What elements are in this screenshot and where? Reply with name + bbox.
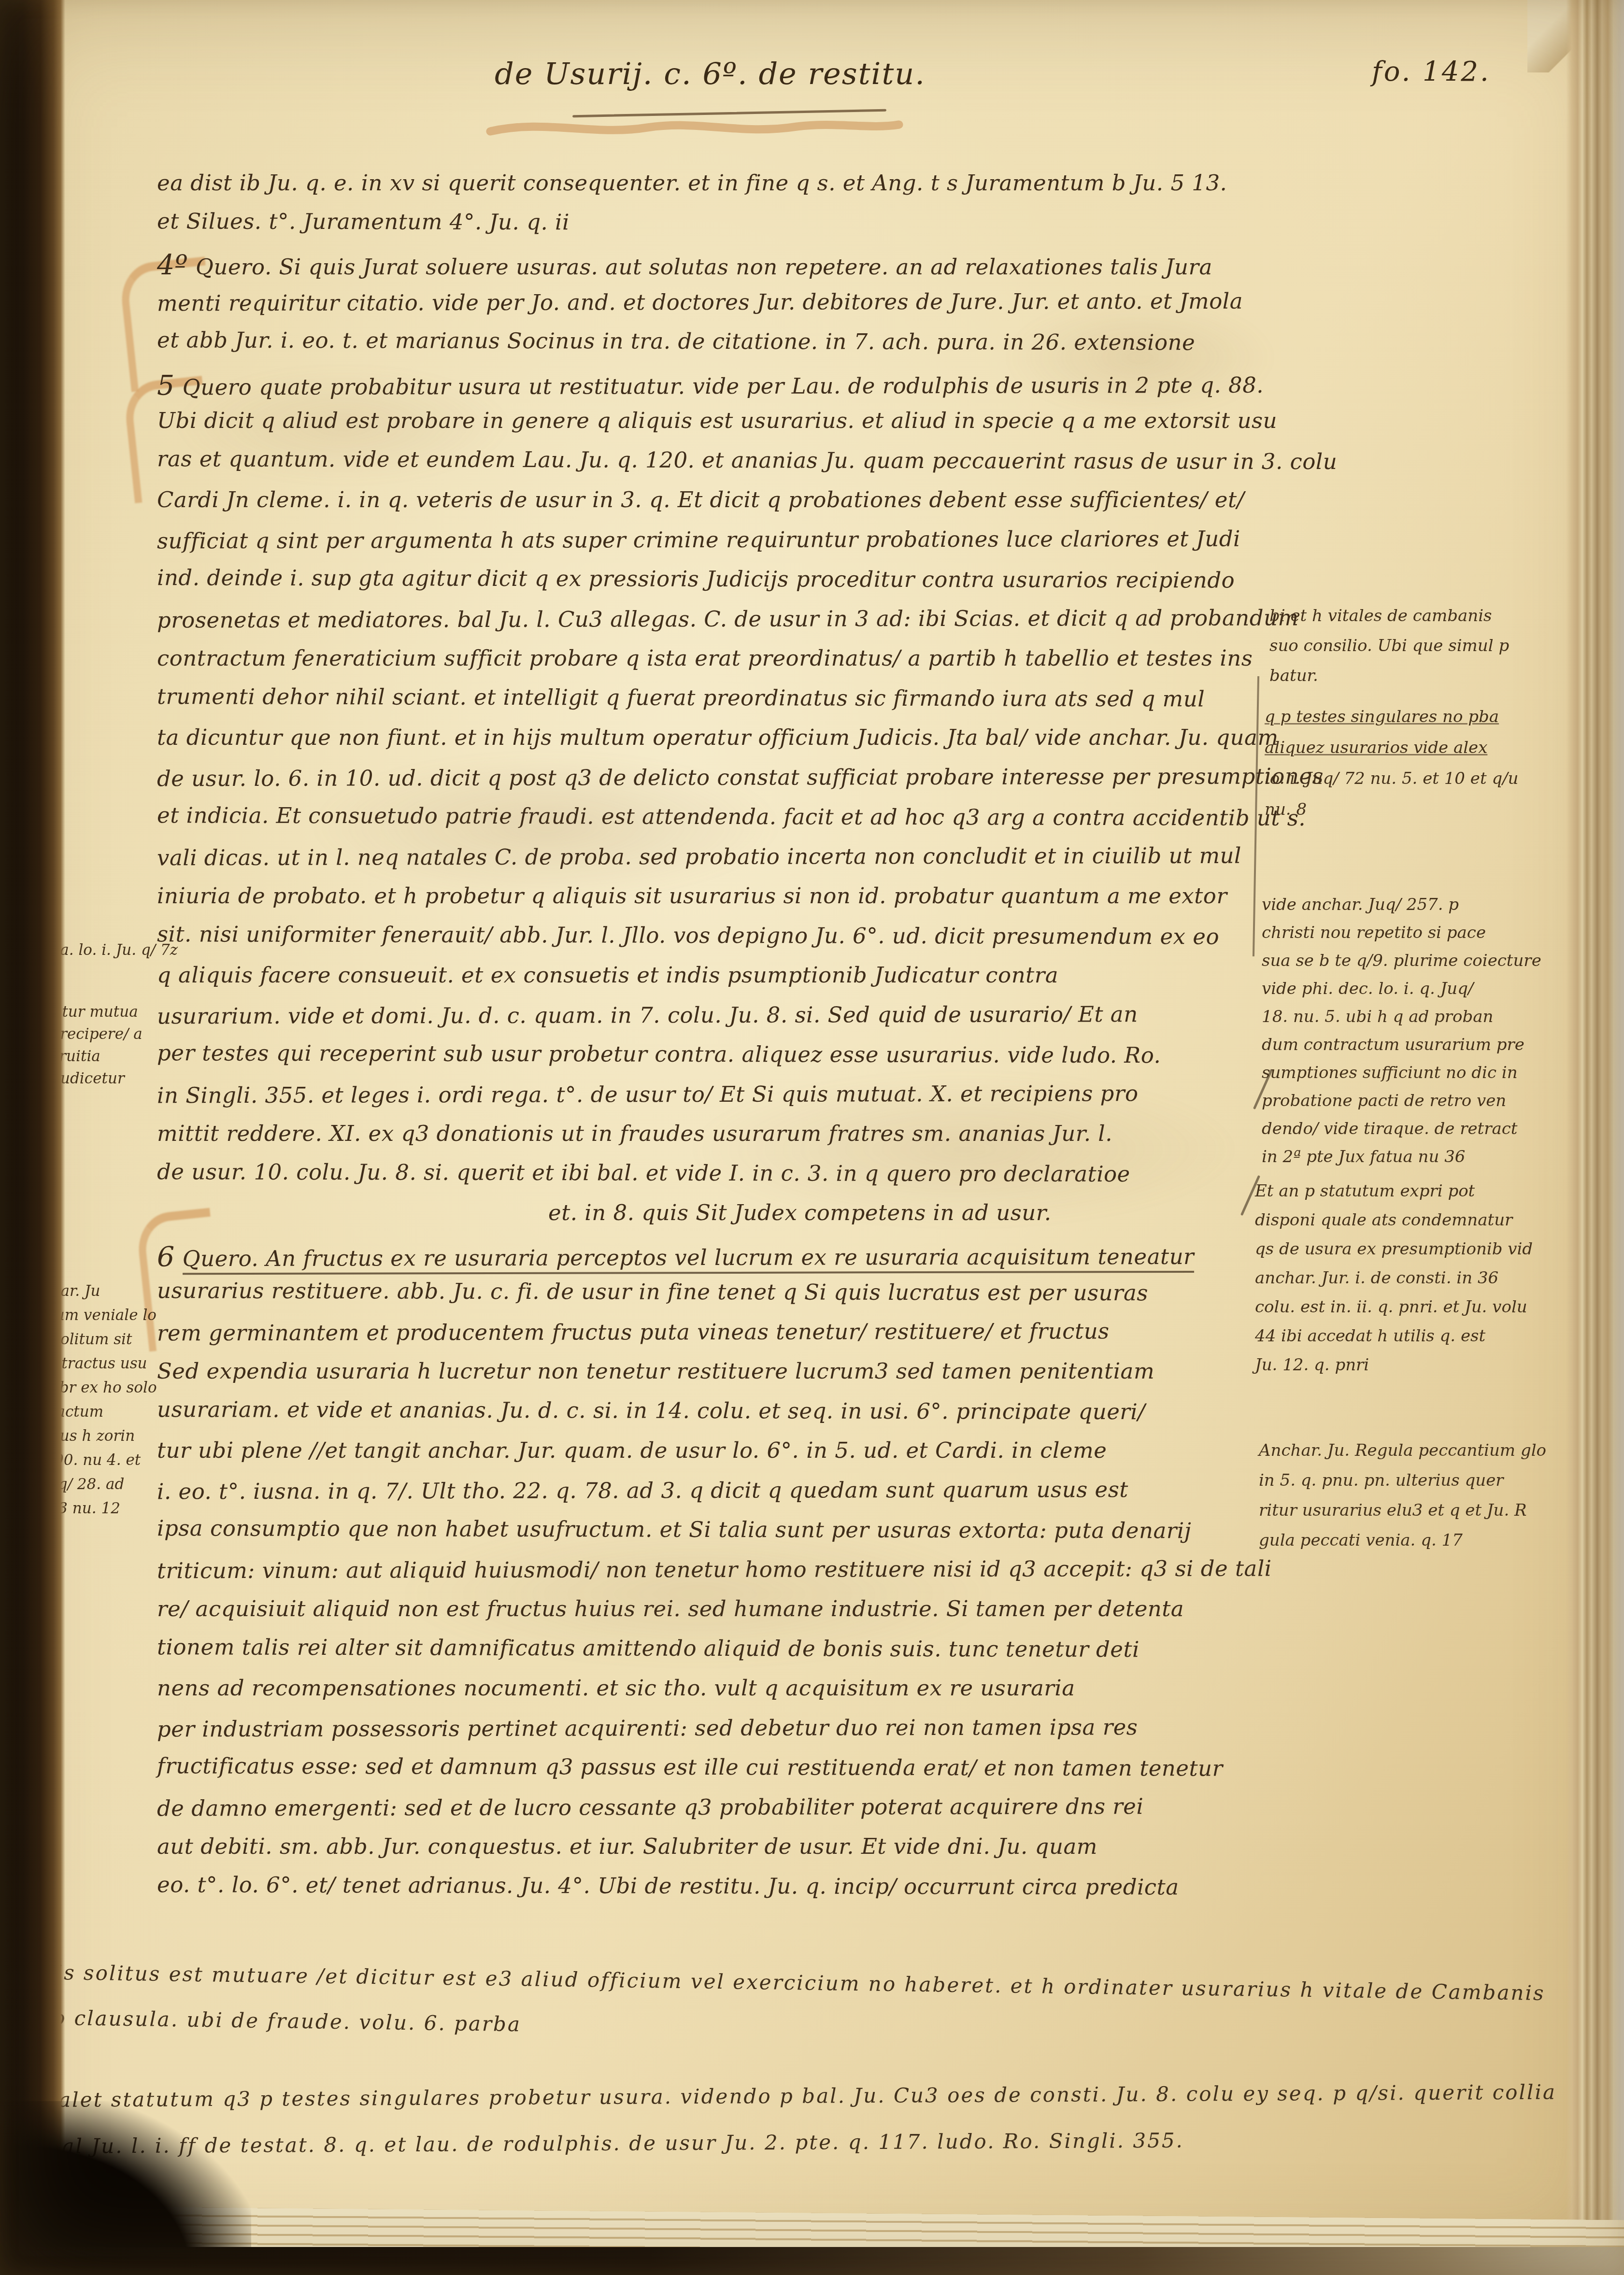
bottom-shadow [0,2247,1624,2275]
margin-note-line: b. 10. [6,962,178,984]
margin-note-line: ritur usurarius elu3 et q et Ju. R [1259,1495,1546,1525]
text-line: triticum: vinum: aut aliquid huiusmodi/ … [157,1556,1263,1598]
text-line: contractum feneraticium sufficit probare… [157,645,1263,685]
text-line: et abb Jur. i. eo. t. et marianus Socinu… [157,327,1263,370]
folio-number: fo. 142. [1372,56,1491,87]
margin-note-line: tur/ et recipere/ a [8,1023,142,1045]
text-line: et. in 8. quis Sit Judex competens in ad… [157,1200,1263,1239]
footnote-block-1: quis solitus est mutuare /et dicitur est… [26,1949,1545,2062]
margin-note-left-1: de alexa. lo. i. Ju. q/ 7zb. 10. [6,939,178,984]
margin-note-line: vide anchar. Juq/ 257. p [1262,891,1541,919]
margin-note-line: sua se b te q/9. plurime coiecture [1262,947,1541,975]
margin-note-line: utib seruitia [8,1045,142,1067]
margin-note-line: peccatum veniale lo [5,1303,157,1327]
text-line: 6Quero. An fructus ex re usuraria percep… [157,1239,1263,1281]
margin-note-line: vide phi. dec. lo. i. q. Juq/ [1262,975,1541,1003]
text-line: aut debiti. sm. abb. Jur. conquestus. et… [157,1834,1263,1873]
margin-note-line: colu. est in. ii. q. pnri. et Ju. volu [1255,1293,1533,1322]
margin-note-line: lo. 7 Juq/ 28. ad [5,1472,157,1496]
footnote-line: An valet statutum q3 p testes singulares… [7,2069,1557,2124]
margin-note-left-3: h. anchar. Jupeccatum veniale loSed h so… [5,1279,157,1521]
page-title: de Usurij. c. 6º. de restitu. [488,56,932,91]
page-edge-stack [1566,0,1624,2275]
margin-note-line: h. anchar. Ju [5,1279,157,1303]
text-line: usurarius restituere. abb. Ju. c. fi. de… [157,1278,1263,1320]
margin-note-line: ab eo factum [5,1400,157,1424]
margin-note-line: ra. q/s udicetur [8,1067,142,1090]
margin-note-line: de alexa. lo. i. Ju. q/ 7z [6,939,178,962]
text-line: trumenti dehor nihil sciant. et intellig… [157,683,1263,726]
text-line: Sed expendia usuraria h lucretur non ten… [157,1358,1263,1398]
margin-note-right-4: Et an p statutum expri potdisponi quale … [1255,1177,1533,1379]
text-line: rem germinantem et producentem fructus p… [157,1318,1263,1360]
text-line: vali dicas. ut in l. neq natales C. de p… [157,843,1263,885]
text-line: 5Quero quate probabitur usura ut restitu… [157,368,1263,410]
margin-note-left-2: sequentur mutuatur/ et recipere/ autib s… [8,1001,142,1090]
margin-note-line: 3 Juq/ 90. nu 4. et [5,1448,157,1472]
margin-note-line: lo. i. Juq/ 72 nu. 5. et 10 et q/u [1265,763,1519,794]
margin-note-line: bi et h vitales de cambanis [1269,601,1509,631]
text-line: per industriam possessoris pertinet acqu… [157,1714,1263,1756]
text-line: sufficiat q sint per argumenta h ats sup… [157,526,1263,568]
page-corner-fold [1527,0,1624,72]
text-line: et indicia. Et consuetudo patrie fraudi.… [157,802,1263,845]
text-line: et Silues. t°. Juramentum 4°. Ju. q. ii [157,208,1263,251]
margin-note-line: et 2/133 nu. 12 [5,1496,157,1521]
margin-note-line: gula peccati venia. q. 17 [1259,1525,1546,1555]
text-line: ta dicuntur que non fiunt. et in hijs mu… [157,725,1263,764]
margin-note-line: q p testes singulares no pba [1265,701,1519,732]
text-line: eo. t°. lo. 6°. et/ tenet adrianus. Ju. … [157,1872,1263,1914]
margin-note-line: in 5. q. pnu. pn. ulterius quer [1259,1465,1546,1495]
manuscript-photo: de Usurij. c. 6º. de restitu. fo. 142. e… [0,0,1624,2275]
text-line: re/ acquisiuit aliquid non est fructus h… [157,1596,1263,1635]
text-line: mittit reddere. XI. ex q3 donationis ut … [157,1121,1263,1160]
margin-note-line: qs de usura ex presumptionib vid [1255,1235,1533,1264]
margin-note-line: disponi quale ats condemnatur [1255,1206,1533,1235]
margin-note-line: christi nou repetito si pace [1262,919,1541,947]
text-line: ea dist ib Ju. q. e. in xv si querit con… [157,170,1263,210]
margin-note-line: sumptiones sufficiunt no dic in [1262,1059,1541,1087]
margin-note-line: suo consilio. Ubi que simul p [1269,631,1509,661]
text-line: Ubi dicit q aliud est probare in genere … [157,408,1263,447]
text-line: de usur. lo. 6. in 10. ud. dicit q post … [157,764,1263,806]
text-line: menti requiritur citatio. vide per Jo. a… [157,288,1263,330]
text-line: usurarium. vide et domi. Ju. d. c. quam.… [157,1001,1263,1043]
margin-note-line: Sed h solitum sit [5,1327,157,1351]
bottom-sheet-edges [53,2206,1624,2274]
margin-note-line: probatione pacti de retro ven [1262,1087,1541,1115]
margin-note-line: in 2ª pte Jux fatua nu 36 [1262,1143,1541,1171]
margin-note-line: batur. [1269,661,1509,691]
text-line: tur ubi plene //et tangit anchar. Jur. q… [157,1437,1263,1477]
title-underline-ochre-icon [485,116,906,139]
margin-note-line: os no pbr ex ho solo [5,1376,157,1400]
margin-note-right-2: q p testes singulares no pbaaliquez usur… [1265,701,1519,825]
text-line: sit. nisi uniformiter fenerauit/ abb. Ju… [157,921,1263,964]
margin-note-line: anchar. Jur. i. de consti. in 36 [1255,1264,1533,1293]
margin-note-line: Ju. 12. q. pnri [1255,1351,1533,1379]
text-line: iniuria de probato. et h probetur q aliq… [157,883,1263,923]
text-line: Cardi Jn cleme. i. in q. veteris de usur… [157,487,1263,526]
section-number: 6 [157,1241,175,1273]
manuscript-page: de Usurij. c. 6º. de restitu. fo. 142. e… [0,0,1624,2275]
book-binding-edge [0,0,65,2275]
stray-mark: 7 [4,1685,17,1708]
section-number: 4º [157,249,188,281]
text-line: tionem talis rei alter sit damnificatus … [157,1634,1263,1677]
text-line: nens ad recompensationes nocumenti. et s… [157,1675,1263,1715]
margin-note-line: dum contractum usurarium pre [1262,1031,1541,1059]
margin-note-line: usurarius h zorin [5,1424,157,1448]
text-line: de damno emergenti: sed et de lucro cess… [157,1793,1263,1835]
footnote-line: et l. al Ju. l. i. ff de testat. 8. q. e… [7,2116,1557,2170]
margin-note-line: nu. 8 [1265,794,1519,825]
text-line: q aliquis facere consueuit. et ex consue… [157,962,1263,1002]
text-line: fructificatus esse: sed et damnum q3 pas… [157,1753,1263,1795]
text-line: usurariam. et vide et ananias. Ju. d. c.… [157,1396,1263,1439]
text-line: ipsa consumptio que non habet usufructum… [157,1515,1263,1558]
margin-note-line: sequentur mutua [8,1001,142,1023]
margin-note-right-3: vide anchar. Juq/ 257. pchristi nou repe… [1262,891,1541,1171]
margin-note-line: ere contractus usu [5,1351,157,1376]
text-line: in Singli. 355. et leges i. ordi rega. t… [157,1081,1263,1123]
margin-note-line: Anchar. Ju. Regula peccantium glo [1259,1436,1546,1465]
margin-note-line: aliquez usurarios vide alex [1265,732,1519,763]
margin-note-right-5: Anchar. Ju. Regula peccantium gloin 5. q… [1259,1436,1546,1555]
text-line: ind. deinde i. sup gta agitur dicit q ex… [157,565,1263,607]
text-line: i. eo. t°. iusna. in q. 7/. Ult tho. 22.… [157,1477,1263,1519]
text-line: 4ºQuero. Si quis Jurat soluere usuras. a… [157,249,1263,289]
text-line: per testes qui receperint sub usur probe… [157,1040,1263,1082]
text-line: prosenetas et mediatores. bal Ju. l. Cu3… [157,605,1263,647]
margin-note-line: 18. nu. 5. ubi h q ad proban [1262,1003,1541,1031]
footnote-block-2: An valet statutum q3 p testes singulares… [7,2069,1557,2170]
margin-note-line: dendo/ vide tiraque. de retract [1262,1115,1541,1143]
margin-note-line: Et an p statutum expri pot [1255,1177,1533,1206]
main-text-block: ea dist ib Ju. q. e. in xv si querit con… [157,170,1263,1913]
margin-note-line: 44 ibi accedat h utilis q. est [1255,1322,1533,1351]
text-line: de usur. 10. colu. Ju. 8. si. querit et … [157,1159,1263,1201]
section-number: 5 [157,370,175,401]
margin-note-right-1: bi et h vitales de cambanissuo consilio.… [1269,601,1509,691]
text-line: ras et quantum. vide et eundem Lau. Ju. … [157,446,1263,488]
